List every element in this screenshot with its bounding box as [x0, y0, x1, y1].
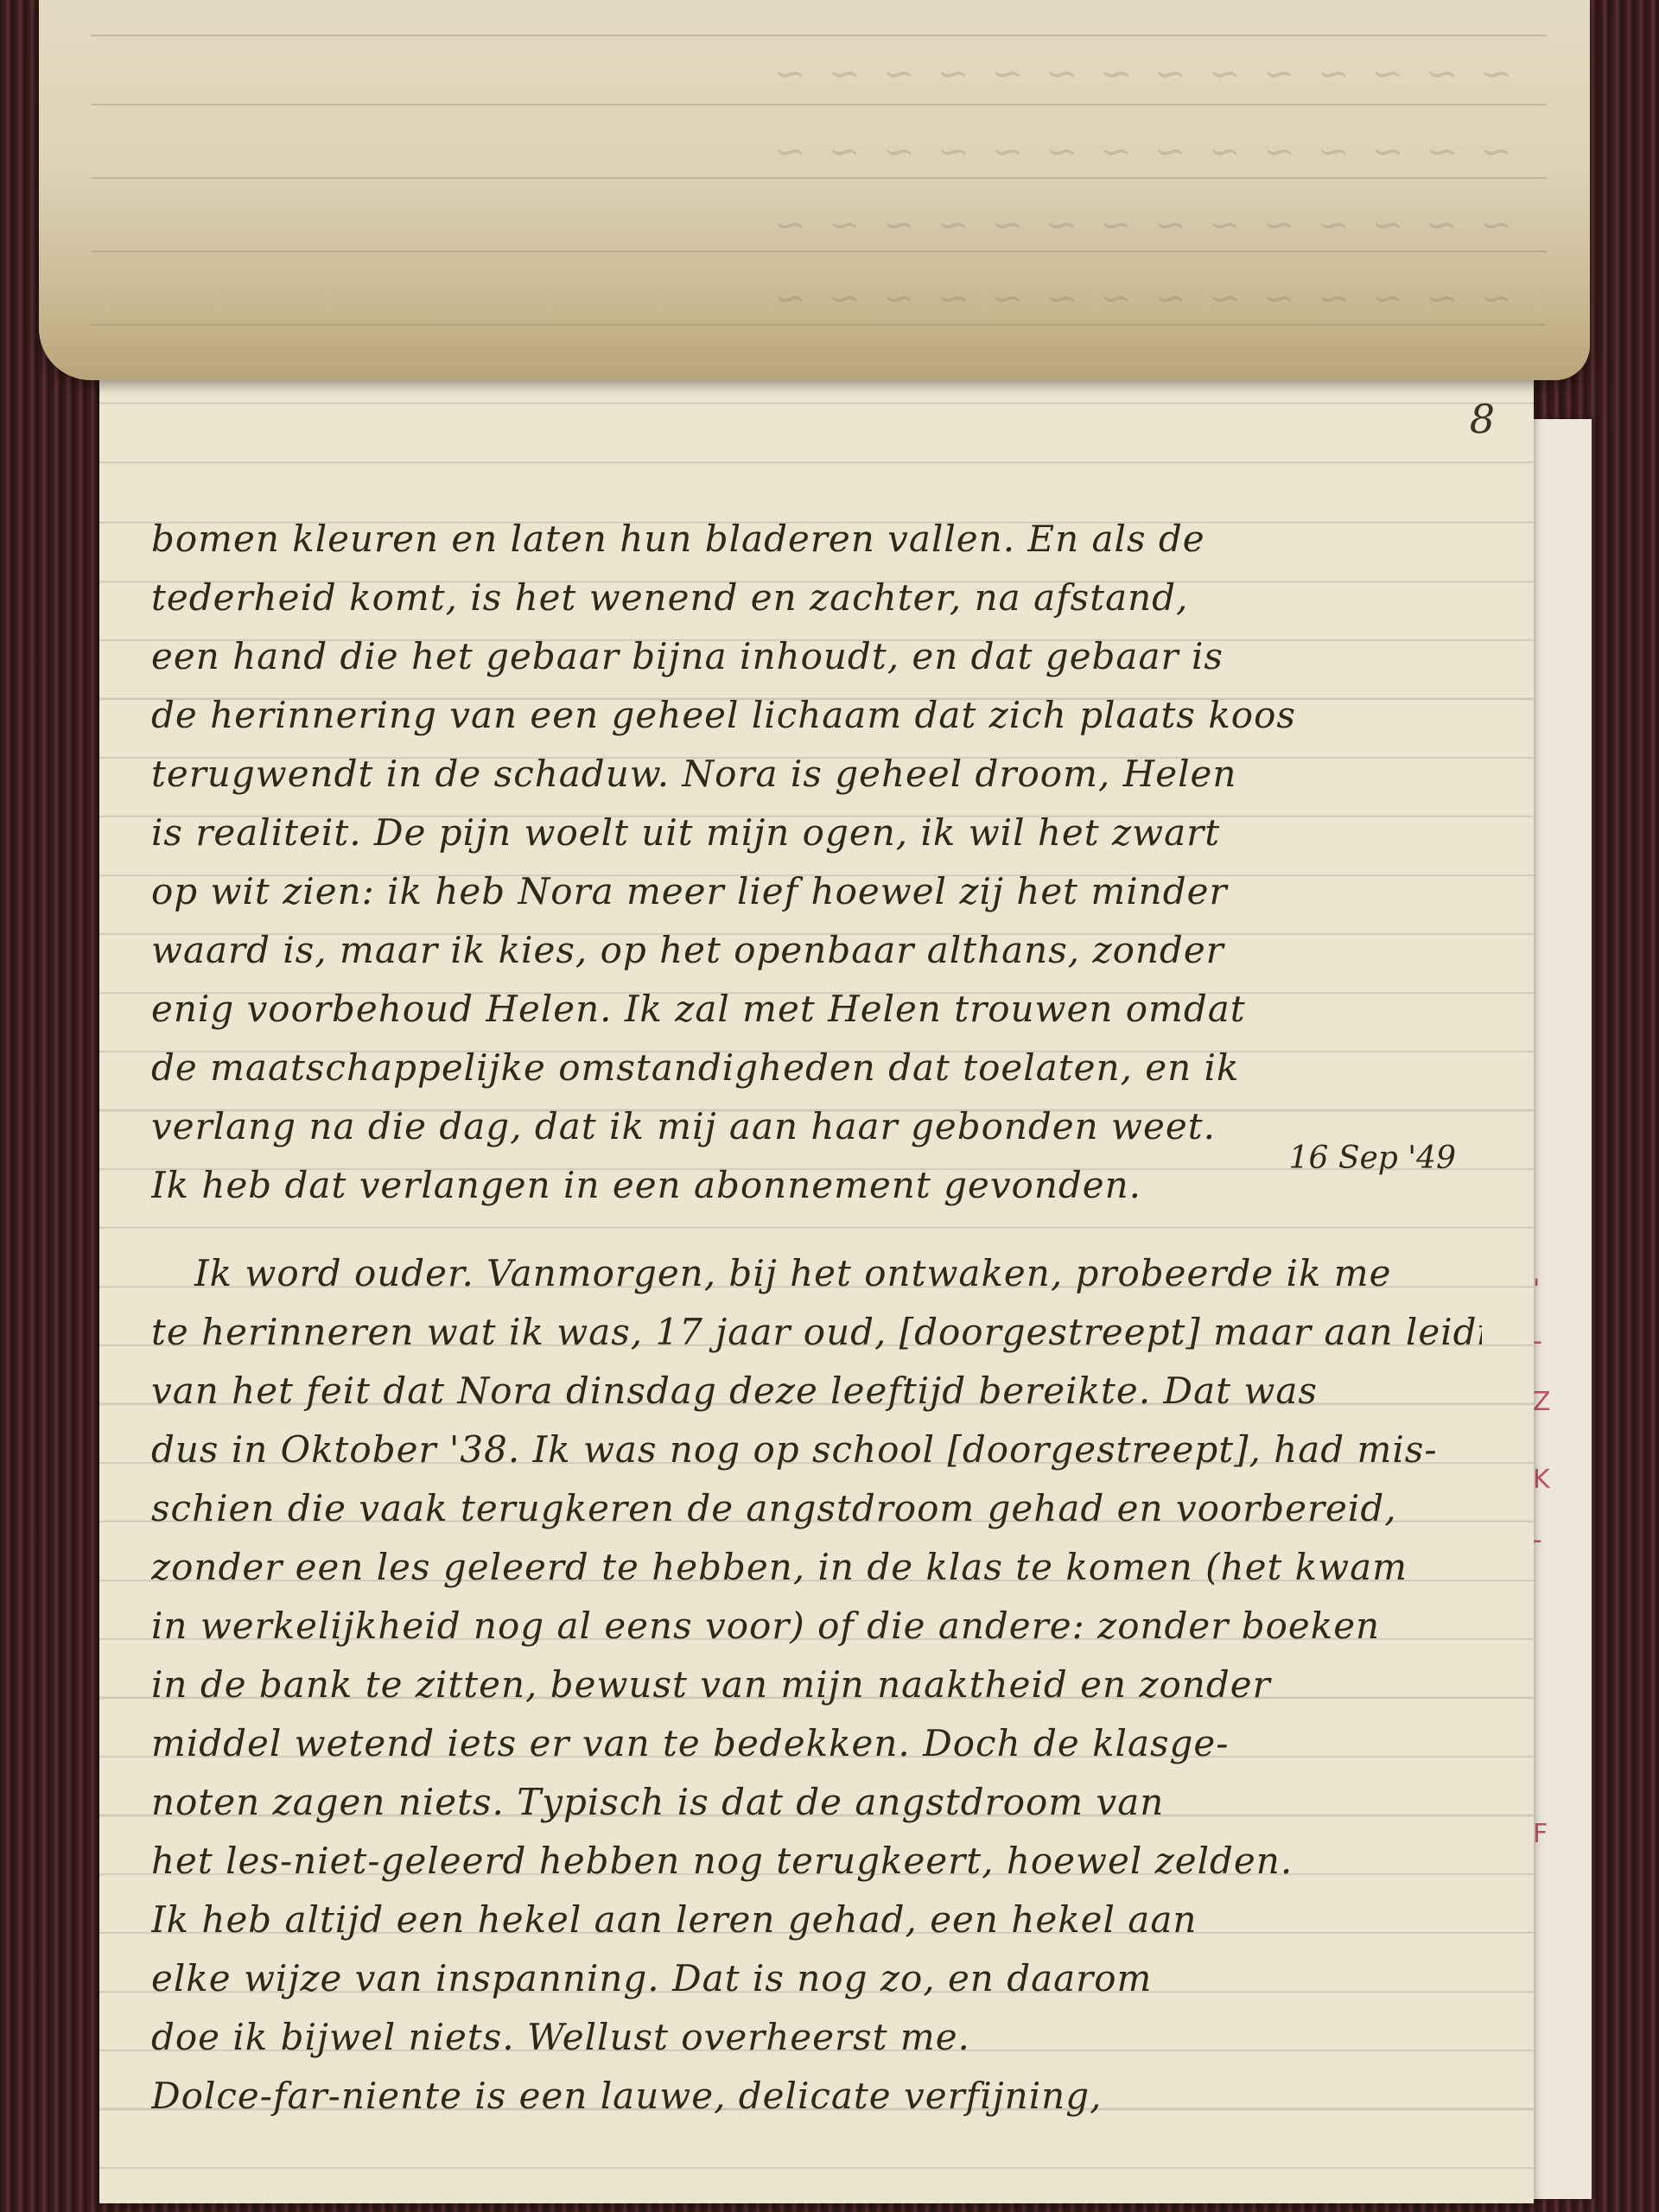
text-line: middel wetend iets er van te bedekken. D…	[151, 1714, 1482, 1773]
margin-mark: K	[1533, 1465, 1550, 1495]
text-line: waard is, maar ik kies, op het openbaar …	[151, 921, 1482, 980]
ruled-line	[91, 35, 1547, 36]
text-line: verlang na die dag, dat ik mij aan haar …	[151, 1097, 1482, 1156]
text-line: in werkelijkheid nog al eens voor) of di…	[151, 1597, 1482, 1656]
text-line: doe ik bijwel niets. Wellust overheerst …	[151, 2008, 1482, 2067]
text-line: Ik word ouder. Vanmorgen, bij het ontwak…	[151, 1244, 1482, 1303]
entry-date: 16 Sep '49	[1289, 1141, 1456, 1176]
text-line: het les-niet-geleerd hebben nog terugkee…	[151, 1832, 1482, 1891]
text-line: in de bank te zitten, bewust van mijn na…	[151, 1656, 1482, 1714]
text-line: van het feit dat Nora dinsdag deze leeft…	[151, 1362, 1482, 1421]
text-line: enig voorbehoud Helen. Ik zal met Helen …	[151, 980, 1482, 1039]
margin-mark: -	[1533, 1525, 1542, 1555]
text-line: Ik heb altijd een hekel aan leren gehad,…	[151, 1891, 1482, 1949]
text-line: zonder een les geleerd te hebben, in de …	[151, 1538, 1482, 1597]
margin-mark: -	[1533, 1326, 1542, 1357]
ruled-line	[91, 324, 1547, 326]
paragraph-2: Ik word ouder. Vanmorgen, bij het ontwak…	[151, 1244, 1482, 2126]
text-line: op wit zien: ik heb Nora meer lief hoewe…	[151, 862, 1482, 921]
text-line: een hand die het gebaar bijna inhoudt, e…	[151, 627, 1482, 686]
notebook-page: 8 bomen kleuren en laten hun bladeren va…	[99, 380, 1534, 2203]
page-number: 8	[1470, 396, 1495, 442]
text-line: is realiteit. De pijn woelt uit mijn oge…	[151, 804, 1482, 862]
margin-mark: F	[1533, 1819, 1548, 1849]
bleed-through-text: ~ ~ ~ ~ ~ ~ ~ ~ ~ ~ ~ ~ ~ ~	[134, 276, 1512, 321]
margin-mark: '	[1533, 1274, 1540, 1305]
ruled-line	[91, 104, 1547, 105]
text-line: de herinnering van een geheel lichaam da…	[151, 686, 1482, 745]
margin-mark: Z	[1533, 1387, 1551, 1417]
text-line: terugwendt in de schaduw. Nora is geheel…	[151, 745, 1482, 804]
text-line: noten zagen niets. Typisch is dat de ang…	[151, 1773, 1482, 1832]
bleed-through-text: ~ ~ ~ ~ ~ ~ ~ ~ ~ ~ ~ ~ ~ ~	[134, 130, 1512, 174]
paragraph-1: bomen kleuren en laten hun bladeren vall…	[151, 510, 1482, 1215]
folded-back-page: ~ ~ ~ ~ ~ ~ ~ ~ ~ ~ ~ ~ ~ ~ ~ ~ ~ ~ ~ ~ …	[39, 0, 1590, 380]
bleed-through-text: ~ ~ ~ ~ ~ ~ ~ ~ ~ ~ ~ ~ ~ ~	[134, 52, 1512, 96]
text-line: elke wijze van inspanning. Dat is nog zo…	[151, 1949, 1482, 2008]
text-line: dus in Oktober '38. Ik was nog op school…	[151, 1421, 1482, 1479]
text-line: te herinneren wat ik was, 17 jaar oud, […	[151, 1303, 1482, 1362]
text-line: bomen kleuren en laten hun bladeren vall…	[151, 510, 1482, 569]
text-line: de maatschappelijke omstandigheden dat t…	[151, 1039, 1482, 1097]
text-line: Dolce-far-niente is een lauwe, delicate …	[151, 2067, 1482, 2126]
ruled-line	[91, 177, 1547, 179]
ruled-line	[91, 251, 1547, 252]
text-line: schien die vaak terugkeren de angstdroom…	[151, 1479, 1482, 1538]
text-line: tederheid komt, is het wenend en zachter…	[151, 569, 1482, 627]
text-line: Ik heb dat verlangen in een abonnement g…	[151, 1156, 1482, 1215]
bleed-through-text: ~ ~ ~ ~ ~ ~ ~ ~ ~ ~ ~ ~ ~ ~	[134, 203, 1512, 247]
